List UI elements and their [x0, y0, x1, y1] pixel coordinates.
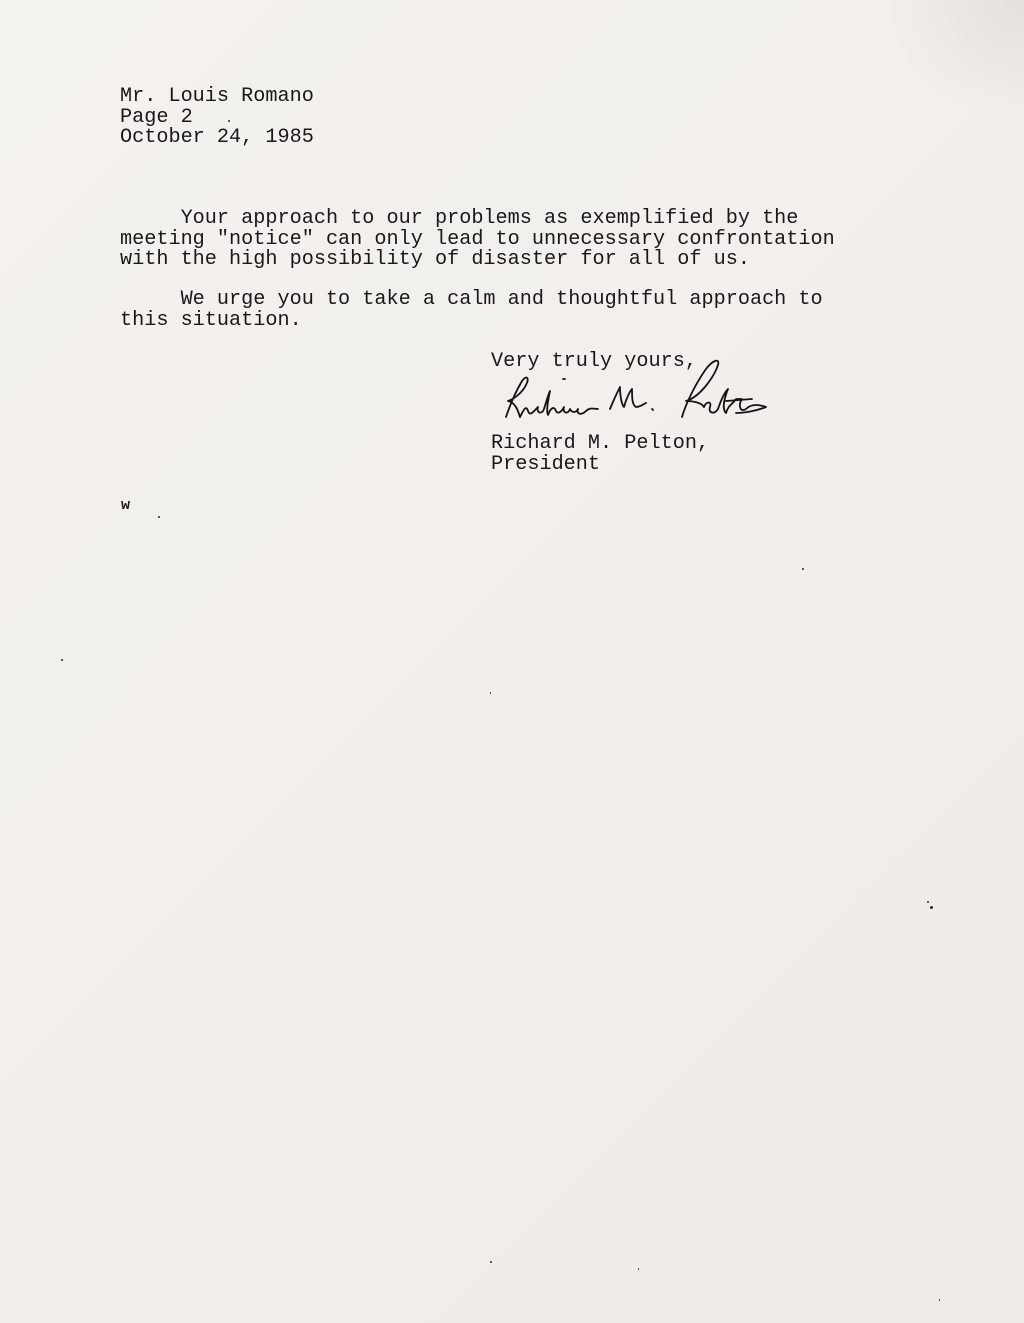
paragraph-line: this situation. — [120, 311, 823, 332]
paragraph-line: Your approach to our problems as exempli… — [120, 209, 835, 230]
scan-speck — [228, 120, 230, 122]
scan-speck — [930, 906, 933, 909]
scan-speck — [61, 659, 63, 661]
body-paragraph-1: Your approach to our problems as exempli… — [120, 209, 835, 271]
scan-speck — [490, 692, 491, 694]
paragraph-line: with the high possibility of disaster fo… — [120, 250, 835, 271]
paragraph-line: We urge you to take a calm and thoughtfu… — [120, 290, 823, 311]
body-paragraph-2: We urge you to take a calm and thoughtfu… — [120, 290, 823, 331]
scan-speck — [638, 1268, 639, 1270]
scan-shadow — [884, 0, 1024, 120]
signature-icon — [490, 355, 770, 435]
scan-speck — [802, 568, 804, 570]
letter-page: Mr. Louis RomanoPage 2October 24, 1985 Y… — [0, 0, 1024, 1323]
signatory-block: Richard M. Pelton,President — [491, 434, 709, 475]
signatory-title: President — [491, 455, 709, 476]
scan-speck — [927, 901, 929, 903]
letter-header: Mr. Louis RomanoPage 2October 24, 1985 — [120, 87, 314, 149]
scan-speck — [158, 516, 160, 518]
typist-initials: w — [121, 496, 130, 517]
scan-speck — [939, 1299, 940, 1301]
date-line: October 24, 1985 — [120, 128, 314, 149]
scan-speck — [490, 1261, 492, 1263]
signatory-name: Richard M. Pelton, — [491, 434, 709, 455]
paragraph-line: meeting "notice" can only lead to unnece… — [120, 230, 835, 251]
recipient-line: Mr. Louis Romano — [120, 87, 314, 108]
page-number-line: Page 2 — [120, 108, 314, 129]
